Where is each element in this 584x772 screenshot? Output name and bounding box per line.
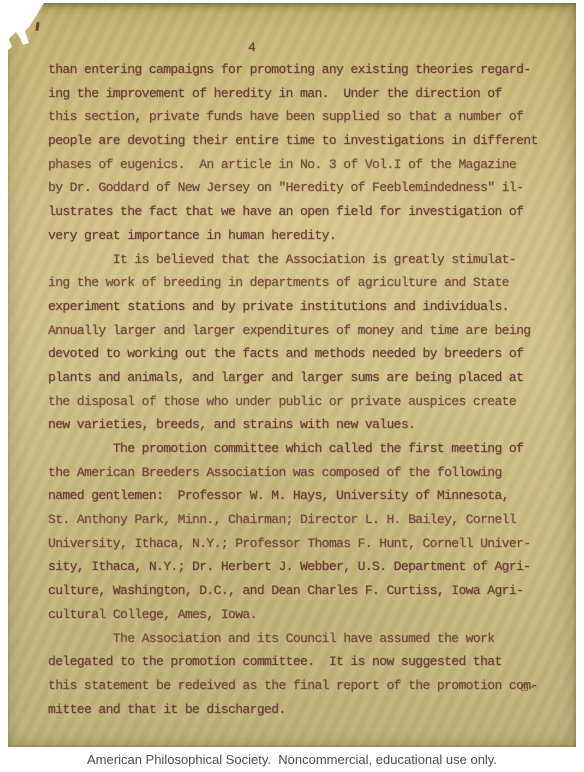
typed-line: sity, Ithaca, N.Y.; Dr. Herbert J. Webbe… <box>48 555 548 579</box>
typed-line: by Dr. Goddard of New Jersey on "Heredit… <box>48 176 548 200</box>
typed-line: than entering campaigns for promoting an… <box>48 58 548 82</box>
ink-mark <box>35 22 39 31</box>
typed-line: lustrates the fact that we have an open … <box>48 200 548 224</box>
typed-line: University, Ithaca, N.Y.; Professor Thom… <box>48 532 548 556</box>
scanned-page: 4 than entering campaigns for promoting … <box>6 3 576 747</box>
typed-line: St. Anthony Park, Minn., Chairman; Direc… <box>48 508 548 532</box>
typed-line: plants and animals, and larger and large… <box>48 366 548 390</box>
page-number: 4 <box>248 41 255 55</box>
typed-line: very great importance in human heredity. <box>48 224 548 248</box>
typed-line: culture, Washington, D.C., and Dean Char… <box>48 579 548 603</box>
typed-line: people are devoting their entire time to… <box>48 129 548 153</box>
typed-line: The Association and its Council have ass… <box>48 627 548 651</box>
typed-line: this statement be redeived as the final … <box>48 674 548 698</box>
typed-line: the American Breeders Association was co… <box>48 461 548 485</box>
typed-line: ing the improvement of heredity in man. … <box>48 82 548 106</box>
typed-text-block: than entering campaigns for promoting an… <box>48 58 548 721</box>
stray-mark <box>530 686 534 688</box>
attribution-caption: American Philosophical Society. Noncomme… <box>87 752 497 767</box>
typed-line: It is believed that the Association is g… <box>48 248 548 272</box>
typed-line: The promotion committee which called the… <box>48 437 548 461</box>
typed-line: cultural College, Ames, Iowa. <box>48 603 548 627</box>
scanned-document-view: 4 than entering campaigns for promoting … <box>0 0 584 772</box>
typed-line: this section, private funds have been su… <box>48 105 548 129</box>
typed-line: new varieties, breeds, and strains with … <box>48 413 548 437</box>
typed-line: mittee and that it be discharged. <box>48 698 548 722</box>
typed-line: devoted to working out the facts and met… <box>48 342 548 366</box>
typed-line: delegated to the promotion committee. It… <box>48 650 548 674</box>
typed-line: experiment stations and by private insti… <box>48 295 548 319</box>
attribution-bar: American Philosophical Society. Noncomme… <box>0 747 584 772</box>
typed-line: phases of eugenics. An article in No. 3 … <box>48 153 548 177</box>
typed-line: Annually larger and larger expenditures … <box>48 319 548 343</box>
stray-mark <box>521 684 528 691</box>
typed-line: ing the work of breeding in departments … <box>48 271 548 295</box>
typed-line: the disposal of those who under public o… <box>48 390 548 414</box>
typed-line: named gentlemen: Professor W. M. Hays, U… <box>48 484 548 508</box>
